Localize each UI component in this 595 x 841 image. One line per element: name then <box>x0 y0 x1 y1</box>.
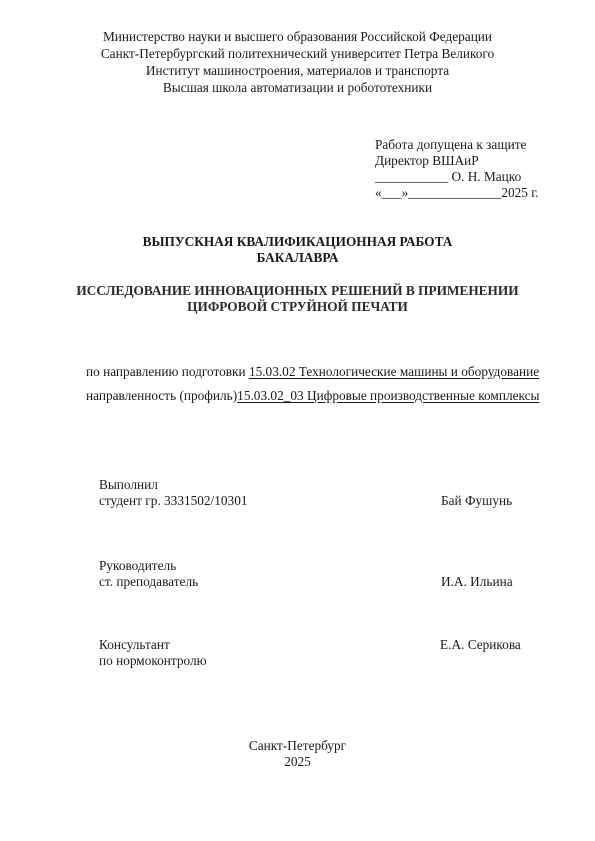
topic-line-1: ИССЛЕДОВАНИЕ ИННОВАЦИОННЫХ РЕШЕНИЙ В ПРИ… <box>0 283 595 299</box>
institute-line: Институт машиностроения, материалов и тр… <box>0 63 595 80</box>
student-name: Бай Фушунь <box>441 493 512 509</box>
university-line: Санкт-Петербургский политехнический унив… <box>0 46 595 63</box>
ministry-line: Министерство науки и высшего образования… <box>0 29 595 46</box>
footer-year: 2025 <box>0 754 595 770</box>
school-line: Высшая школа автоматизации и робототехни… <box>0 80 595 97</box>
topic-line-2: ЦИФРОВОЙ СТРУЙНОЙ ПЕЧАТИ <box>0 299 595 315</box>
consultant-role: Консультант <box>99 637 170 653</box>
footer-city: Санкт-Петербург <box>0 738 595 754</box>
profile-label: направленность (профиль) <box>86 388 237 403</box>
director-signature-line: ___________ О. Н. Мацко <box>375 169 521 185</box>
student-group: студент гр. 3331502/10301 <box>99 493 248 509</box>
consultant-area: по нормоконтролю <box>99 653 207 669</box>
work-type-line-1: ВЫПУСКНАЯ КВАЛИФИКАЦИОННАЯ РАБОТА <box>0 234 595 250</box>
supervisor-position: ст. преподаватель <box>99 574 198 590</box>
direction-label: по направлению подготовки <box>86 364 249 379</box>
supervisor-name: И.А. Ильина <box>441 574 513 590</box>
work-type-line-2: БАКАЛАВРА <box>0 250 595 266</box>
consultant-name: Е.А. Серикова <box>440 637 521 653</box>
student-role: Выполнил <box>99 477 158 493</box>
supervisor-role: Руководитель <box>99 558 176 574</box>
direction-value: 15.03.02 Технологические машины и оборуд… <box>249 364 539 379</box>
director-title: Директор ВШАиР <box>375 153 479 169</box>
approval-statement: Работа допущена к защите <box>375 137 526 153</box>
approval-date-line: «___»______________2025 г. <box>375 185 539 201</box>
direction-row: по направлению подготовки 15.03.02 Техно… <box>86 364 539 380</box>
profile-value: 15.03.02_03 Цифровые производственные ко… <box>237 388 539 403</box>
profile-row: направленность (профиль)15.03.02_03 Цифр… <box>86 388 539 404</box>
